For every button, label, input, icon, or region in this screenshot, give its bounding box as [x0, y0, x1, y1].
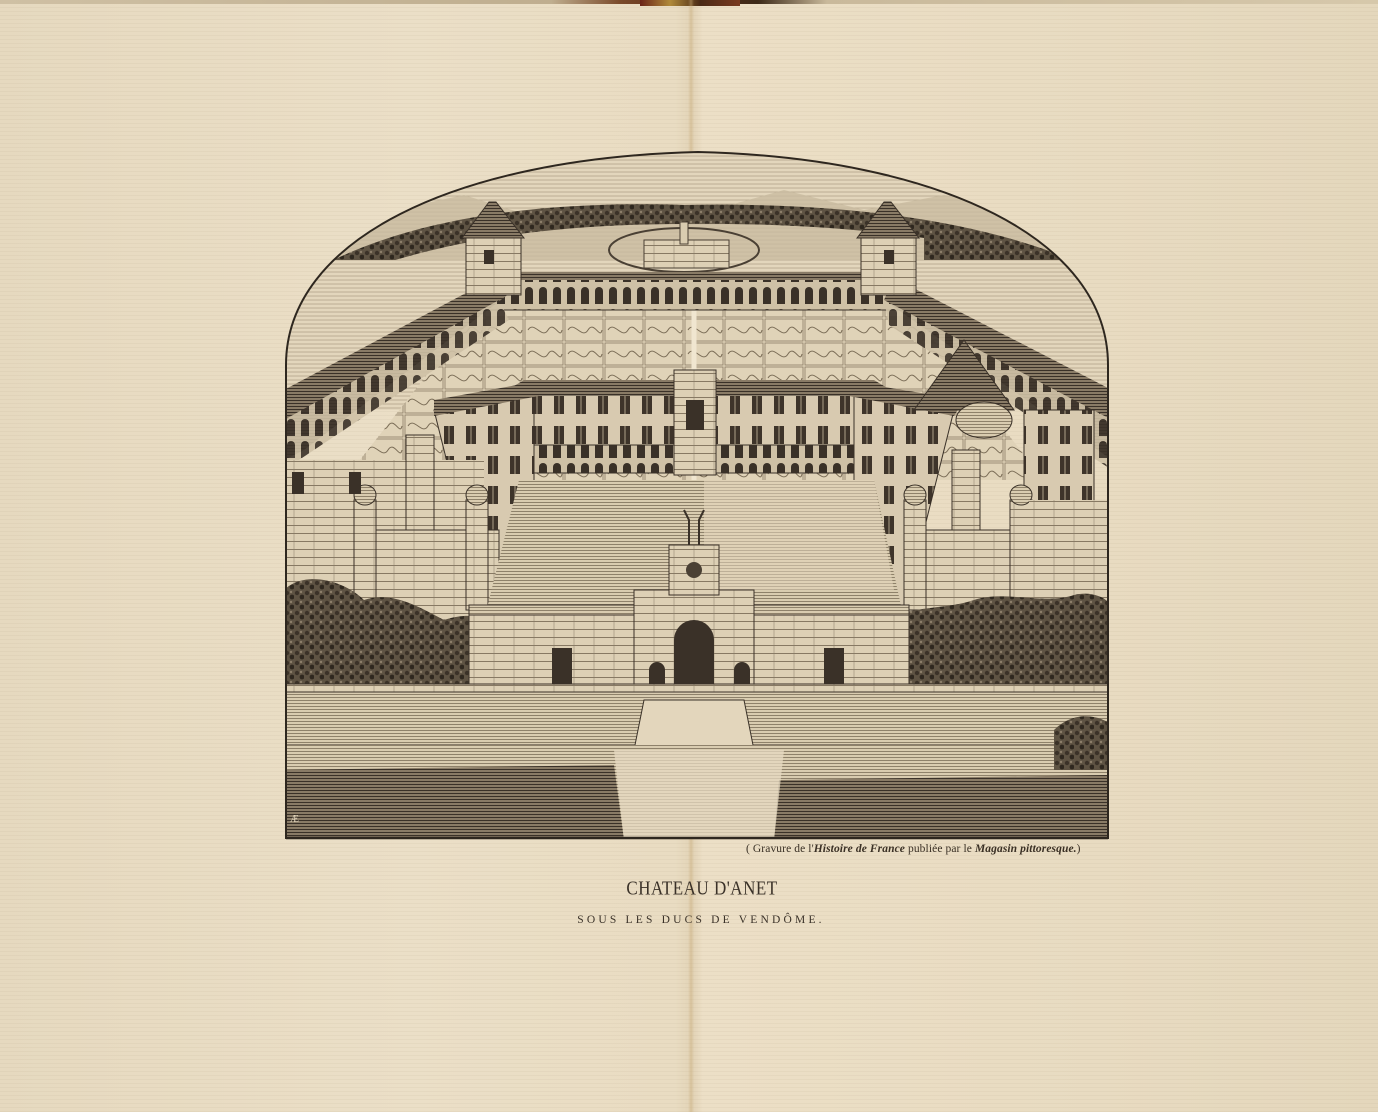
- credit-text-mid: publiée par le: [905, 843, 975, 855]
- credit-text-open: ( Gravure de l': [746, 843, 814, 855]
- plate-subtitle: SOUS LES DUCS DE VENDÔME.: [0, 914, 1378, 926]
- engraving-credit: ( Gravure de l'Histoire de France publié…: [746, 843, 1110, 855]
- plate-title: CHATEAU D'ANET: [0, 877, 1378, 900]
- engraver-monogram: Æ: [290, 814, 299, 825]
- credit-source-title: Histoire de France: [814, 843, 905, 855]
- engraving-illustration: Æ: [284, 150, 1112, 840]
- credit-text-close: ): [1077, 843, 1081, 855]
- credit-publisher: Magasin pittoresque.: [975, 843, 1077, 855]
